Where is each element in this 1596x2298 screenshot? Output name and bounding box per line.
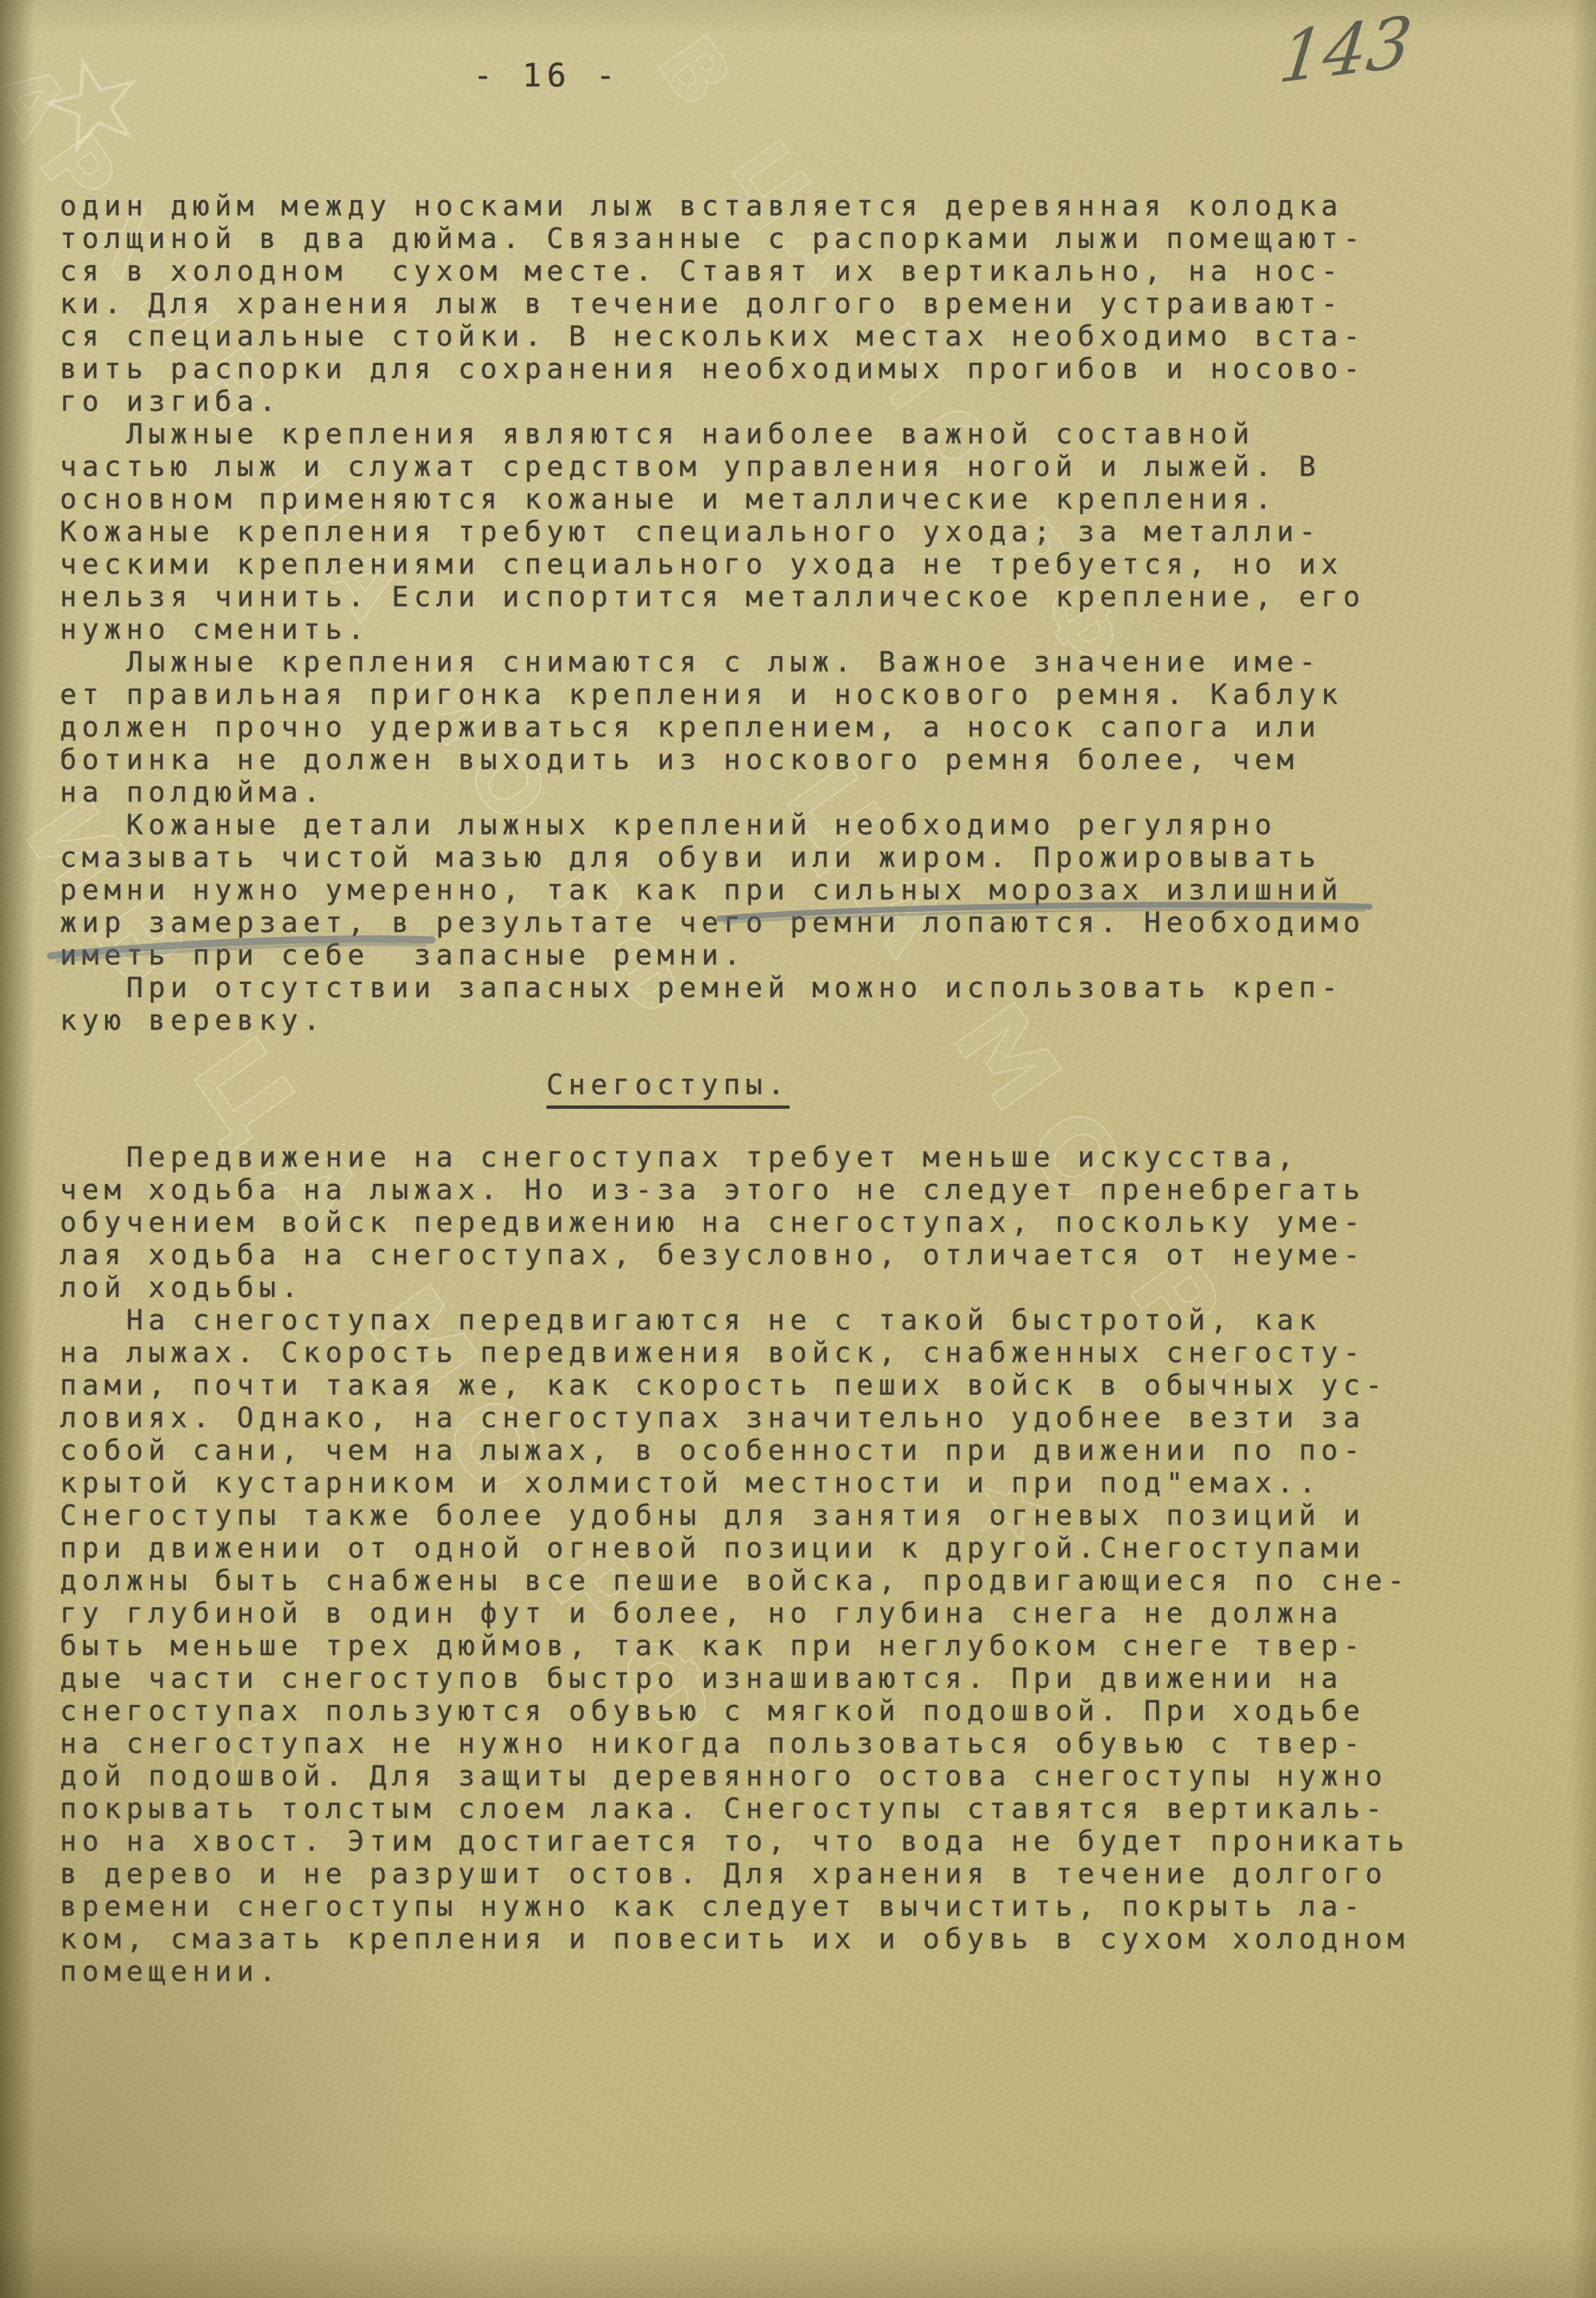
paragraph-bindings-fit: Лыжные крепления снимаются с лыж. Важное… [60,645,1542,808]
paragraph-snowshoes-usage: На снегоступах передвигаются не с такой … [60,1304,1542,1988]
section-heading-row: Снегоступы. [0,1068,1409,1109]
paragraph-bindings-overview: Лыжные крепления являются наиболее важно… [60,417,1542,645]
paragraph-leather-care: Кожаные детали лыжных креплений необходи… [60,808,1542,971]
paragraph-snowshoes-intro: Передвижение на снегоступах требует мень… [60,1141,1542,1304]
handwritten-page-number: 143 [1275,1,1416,100]
star-watermark-icon: ☆ [21,19,166,189]
typed-text-block: один дюйм между носками лыж вставляется … [60,189,1542,1988]
typed-page-number: - 16 - [473,57,620,94]
section-heading-snowshoes: Снегоступы. [546,1068,790,1109]
paragraph-skis-storage: один дюйм между носками лыж вставляется … [60,189,1542,417]
paragraph-spare-straps: При отсутствии запасных ремней можно исп… [60,971,1542,1036]
scanned-document-page: АРХИВ ЦА МО РФ В ЦА МО РФ ИВ ЦА МО РФ ЦА… [0,0,1596,2298]
